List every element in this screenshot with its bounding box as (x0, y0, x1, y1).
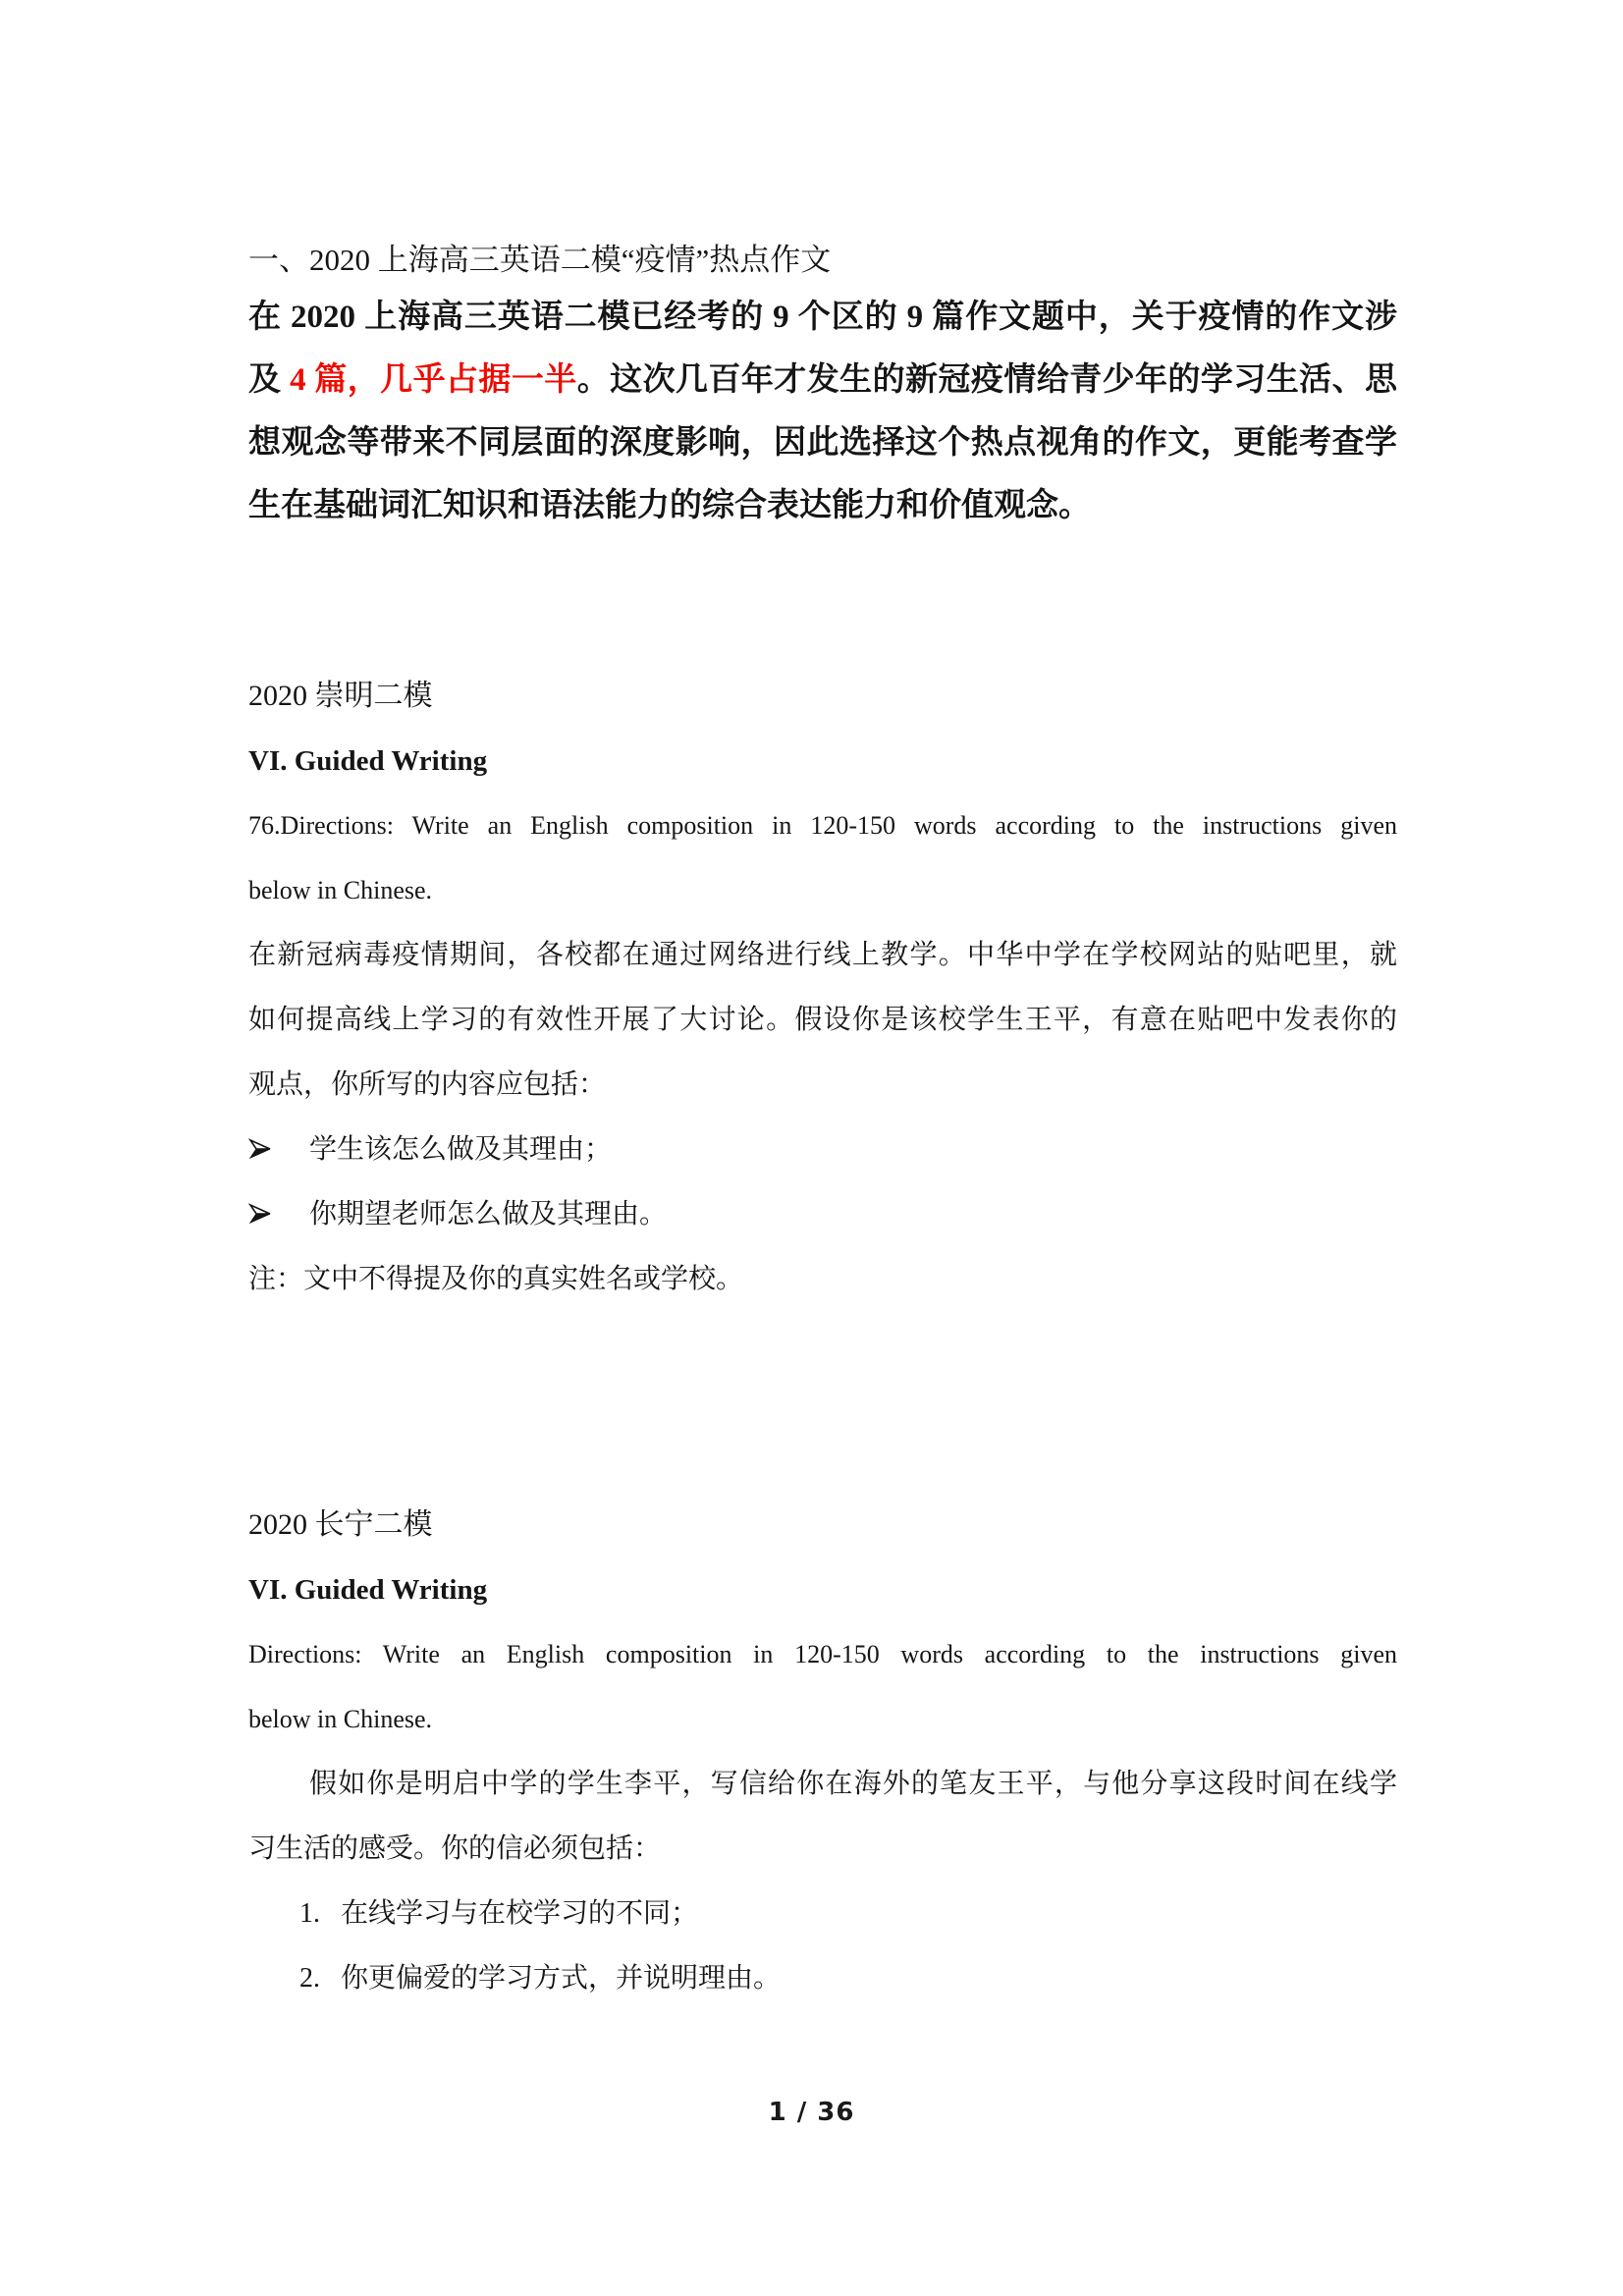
guided-writing-heading: VI. Guided Writing (248, 729, 1397, 793)
directions-line-2: below in Chinese. (248, 1687, 1397, 1752)
highlighted-red-text: 4 篇，几乎占据一半 (290, 362, 577, 398)
body-line-1: 假如你是明启中学的学生李平，写信给你在海外的笔友王平，与他分享这段时间在线学 (248, 1752, 1397, 1817)
intro-paragraph: 在 2020 上海高三英语二模已经考的 9 个区的 9 篇作文题中，关于疫情的作… (248, 286, 1397, 537)
section-chongming: 2020 崇明二模 VI. Guided Writing 76.Directio… (248, 664, 1397, 1312)
page-number: 1 / 36 (769, 2098, 855, 2127)
bullet-label: 学生该怎么做及其理由； (309, 1118, 612, 1182)
arrow-bullet-icon (248, 1138, 309, 1160)
numbered-item: 2.你更偏爱的学习方式，并说明理由。 (248, 1946, 1397, 2011)
note-line: 注：文中不得提及你的真实姓名或学校。 (248, 1247, 1397, 1312)
section-title: 2020 崇明二模 (248, 664, 1397, 729)
directions-line-1: Directions: Write an English composition… (248, 1622, 1397, 1687)
item-number: 2. (299, 1946, 341, 2011)
item-label: 在线学习与在校学习的不同； (341, 1898, 698, 1929)
bullet-label: 你期望老师怎么做及其理由。 (309, 1182, 667, 1247)
body-line-3: 观点，你所写的内容应包括： (248, 1053, 1397, 1118)
intro-line-1: 在 2020 上海高三英语二模已经考的 9 个区的 9 篇作文题中，关于疫情的作… (248, 286, 1397, 349)
bullet-item: 学生该怎么做及其理由； (248, 1118, 1397, 1182)
intro-line-2-post: 。这次几百年才发生的新冠疫情给青少年的学习生活、思 (577, 362, 1397, 398)
intro-line-4: 生在基础词汇知识和语法能力的综合表达能力和价值观念。 (248, 474, 1397, 537)
body-line-1: 在新冠病毒疫情期间，各校都在通过网络进行线上教学。中华中学在学校网站的贴吧里，就 (248, 923, 1397, 988)
section-changning: 2020 长宁二模 VI. Guided Writing Directions:… (248, 1493, 1397, 2011)
directions-line-1: 76.Directions: Write an English composit… (248, 793, 1397, 858)
bullet-item: 你期望老师怎么做及其理由。 (248, 1182, 1397, 1247)
item-label: 你更偏爱的学习方式，并说明理由。 (341, 1963, 781, 1994)
body-line-2: 如何提高线上学习的有效性开展了大讨论。假设你是该校学生王平，有意在贴吧中发表你的 (248, 988, 1397, 1053)
intro-line-2-pre: 及 (248, 362, 290, 398)
body-line-2: 习生活的感受。你的信必须包括： (248, 1817, 1397, 1882)
page-title: 一、2020 上海高三英语二模“疫情”热点作文 (248, 239, 1397, 282)
numbered-item: 1.在线学习与在校学习的不同； (248, 1882, 1397, 1946)
document-page: 一、2020 上海高三英语二模“疫情”热点作文 在 2020 上海高三英语二模已… (0, 0, 1623, 2296)
section-title: 2020 长宁二模 (248, 1493, 1397, 1558)
intro-line-2: 及 4 篇，几乎占据一半。这次几百年才发生的新冠疫情给青少年的学习生活、思 (248, 349, 1397, 411)
document-content: 一、2020 上海高三英语二模“疫情”热点作文 在 2020 上海高三英语二模已… (248, 239, 1397, 2011)
page-footer: 1 / 36 (0, 2098, 1623, 2127)
item-number: 1. (299, 1882, 341, 1946)
arrow-bullet-icon (248, 1203, 309, 1225)
guided-writing-heading: VI. Guided Writing (248, 1558, 1397, 1622)
directions-line-2: below in Chinese. (248, 858, 1397, 923)
intro-line-3: 想观念等带来不同层面的深度影响，因此选择这个热点视角的作文，更能考查学 (248, 411, 1397, 474)
